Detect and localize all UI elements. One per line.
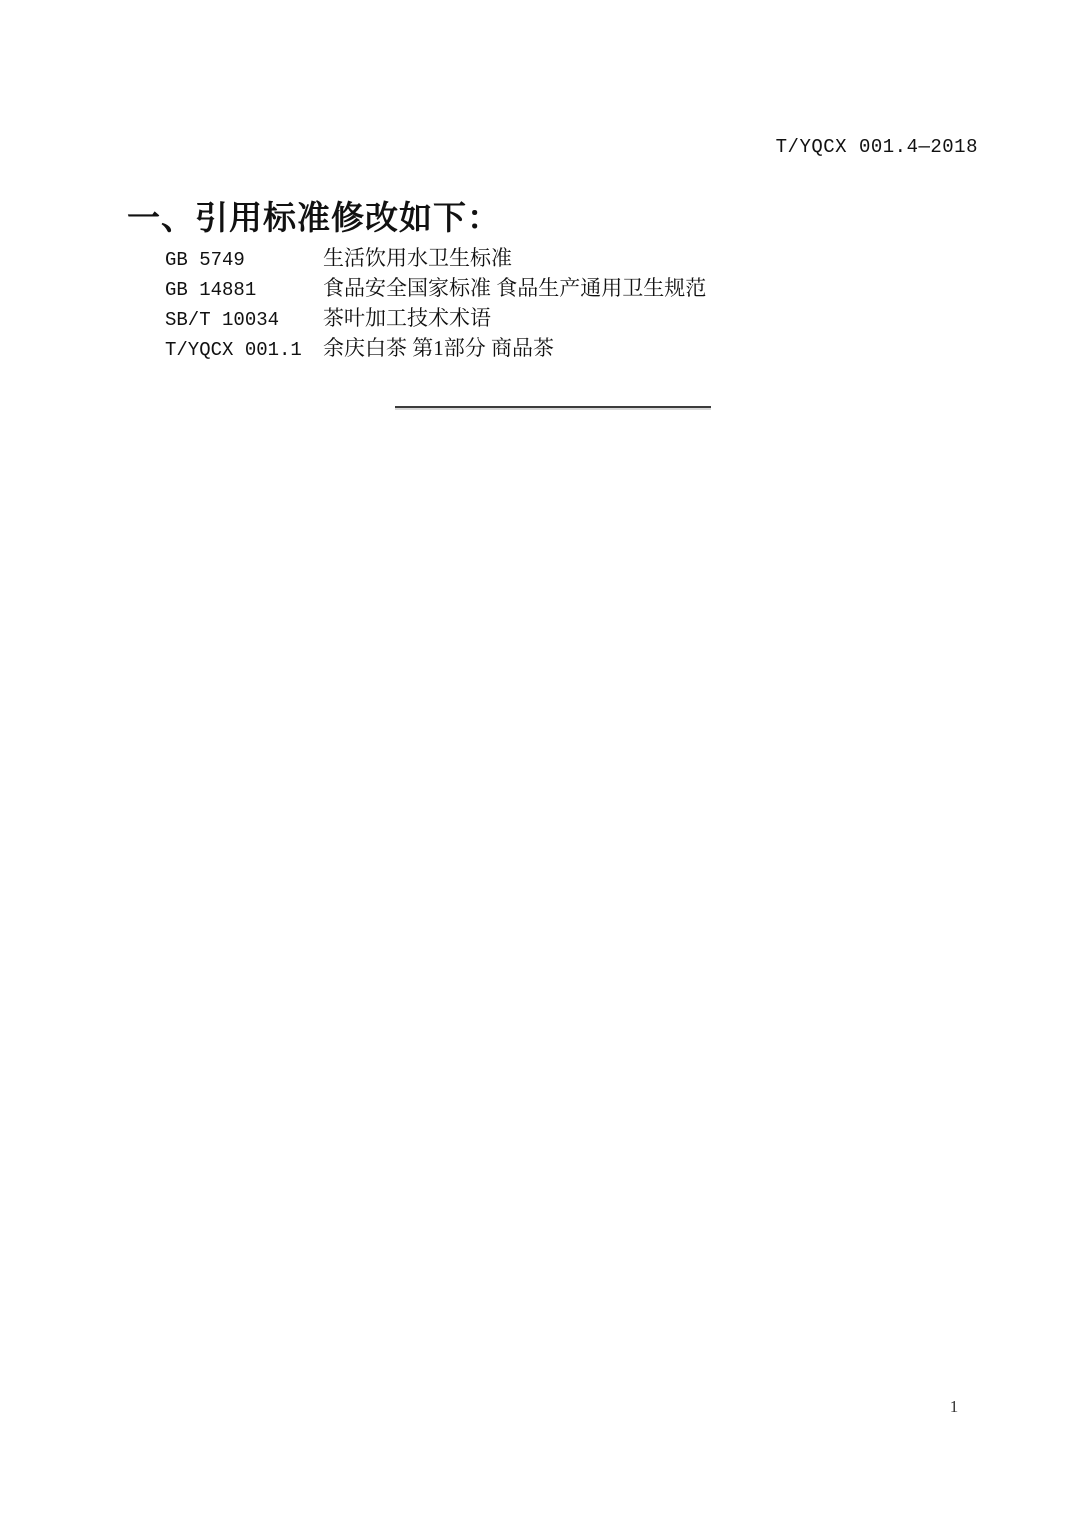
reference-list: GB 5749 生活饮用水卫生标准 GB 14881 食品安全国家标准 食品生产… <box>165 243 706 363</box>
reference-title: 食品安全国家标准 食品生产通用卫生规范 <box>323 273 706 303</box>
page-number: 1 <box>944 1397 964 1417</box>
reference-row: GB 14881 食品安全国家标准 食品生产通用卫生规范 <box>165 273 706 303</box>
reference-code: SB/T 10034 <box>165 305 323 335</box>
reference-code: GB 14881 <box>165 275 323 305</box>
separator-rule <box>395 406 711 408</box>
reference-row: GB 5749 生活饮用水卫生标准 <box>165 243 706 273</box>
reference-title: 生活饮用水卫生标准 <box>323 243 512 273</box>
doc-code-header: T/YQCX 001.4—2018 <box>776 136 978 158</box>
section-heading: 一、引用标准修改如下： <box>127 192 501 239</box>
reference-title: 余庆白茶 第1部分 商品茶 <box>323 333 554 363</box>
reference-row: SB/T 10034 茶叶加工技术术语 <box>165 303 706 333</box>
document-page: T/YQCX 001.4—2018 一、引用标准修改如下： GB 5749 生活… <box>0 0 1080 1526</box>
reference-row: T/YQCX 001.1 余庆白茶 第1部分 商品茶 <box>165 333 706 363</box>
reference-code: T/YQCX 001.1 <box>165 335 323 365</box>
reference-code: GB 5749 <box>165 245 323 275</box>
reference-title: 茶叶加工技术术语 <box>323 303 491 333</box>
